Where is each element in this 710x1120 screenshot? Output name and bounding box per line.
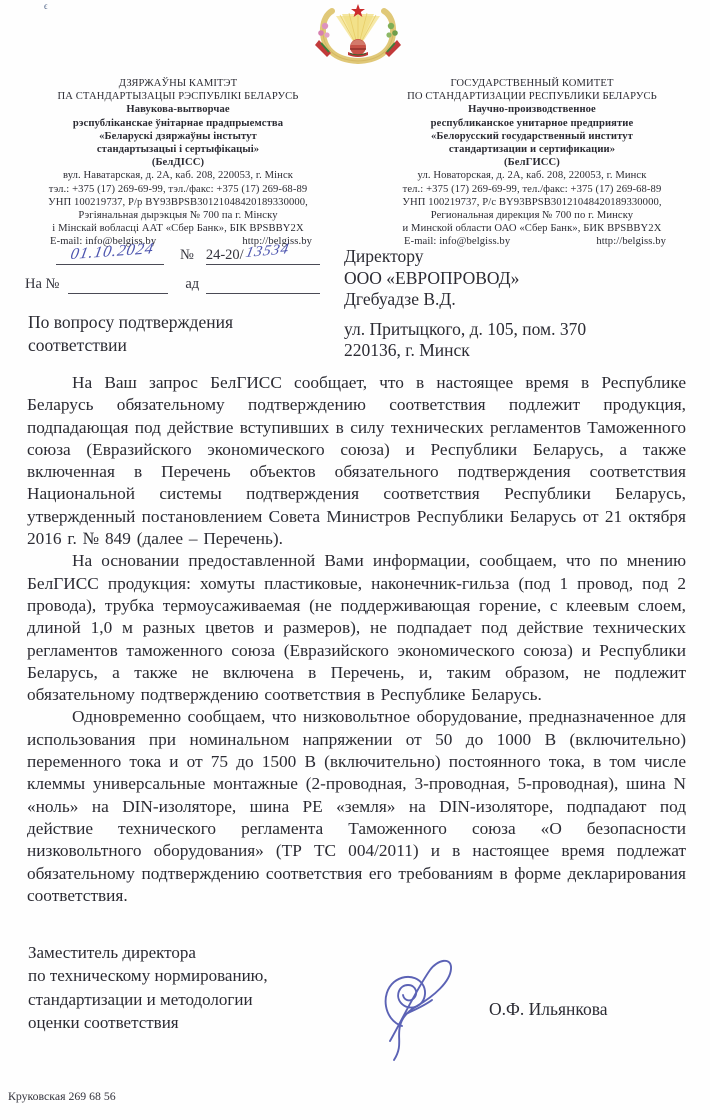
address-line: УНП 100219737, Р/р BY93BPSB3012104842018… [16,196,340,209]
address-line: Региональная дирекция № 700 по г. Минску [370,209,694,222]
handwritten-number: 13534 [244,241,291,262]
handwritten-date: 01.10.2024 [69,240,155,264]
incoming-reference-row: На № ад [20,273,334,294]
address-line: тэл.: +375 (17) 269-69-99, тэл./факс: +3… [16,183,340,196]
address-line: і Мінскай вобласці ААТ «Сбер Банк», БІК … [16,222,340,235]
signer-position-line: Заместитель директора [28,941,268,964]
outgoing-reference-row: 01.10.2024 № 24-20/ 13534 [20,244,334,265]
enterprise-name-line: Навукова-вытворчае [16,103,340,116]
committee-name-line: ПО СТАНДАРТИЗАЦИИ РЕСПУБЛИКИ БЕЛАРУСЬ [370,90,694,103]
enterprise-name-line: республиканское унитарное предприятие [370,117,694,130]
committee-name-line: ГОСУДАРСТВЕННЫЙ КОМИТЕТ [370,77,694,90]
date-field: 01.10.2024 [56,244,164,265]
recipient-address-street: ул. Притыцкого, д. 105, пом. 370 [344,319,586,341]
reference-block: 01.10.2024 № 24-20/ 13534 На № ад [20,244,334,294]
recipient-company: ООО «ЕВРОПРОВОД» [344,268,586,290]
signer-position-line: оценки соответствия [28,1011,268,1034]
enterprise-abbr: (БелДІСС) [16,156,340,169]
enterprise-name-line: рэспубліканскае ўнітарнае прадпрыемства [16,117,340,130]
committee-name-line: ПА СТАНДАРТЫЗАЦЫІ РЭСПУБЛІКІ БЕЛАРУСЬ [16,90,340,103]
scanned-letter-page: ϵ [0,0,710,1120]
body-paragraph: На Ваш запрос БелГИСС сообщает, что в на… [27,372,686,550]
handwritten-signature [372,948,477,1066]
number-label: № [180,247,194,264]
recipient-title: Директору [344,246,586,268]
address-line: тел.: +375 (17) 269-69-99, тел./факс: +3… [370,183,694,196]
letter-body: На Ваш запрос БелГИСС сообщает, что в на… [27,372,686,907]
committee-name-line: ДЗЯРЖАЎНЫ КАМІТЭТ [16,77,340,90]
signer-position-block: Заместитель директора по техническому но… [28,941,268,1035]
signer-name: О.Ф. Ильянкова [489,999,608,1020]
address-line: вул. Наватарская, д. 2А, каб. 208, 22005… [16,169,340,182]
sender-header-russian: ГОСУДАРСТВЕННЫЙ КОМИТЕТ ПО СТАНДАРТИЗАЦИ… [370,77,694,249]
reply-date-label: ад [185,276,199,293]
sender-header-belarusian: ДЗЯРЖАЎНЫ КАМІТЭТ ПА СТАНДАРТЫЗАЦЫІ РЭСП… [16,77,340,249]
executor-contact: Круковская 269 68 56 [8,1089,116,1104]
address-line: ул. Новаторская, д. 2А, каб. 208, 220053… [370,169,694,182]
enterprise-name-line: «Белорусский государственный институт [370,130,694,143]
recipient-address-city: 220136, г. Минск [344,340,586,362]
enterprise-abbr: (БелГИСС) [370,156,694,169]
signer-position-line: стандартизации и методологии [28,988,268,1011]
recipient-person: Дгебуадзе В.Д. [344,289,586,311]
website-text: http://belgiss.by [596,235,666,248]
reply-date-field [206,273,320,294]
scan-artifact: ϵ [44,1,48,11]
subject-line: По вопросу подтверждения соответствии [28,311,302,357]
address-line: Рэгіянальная дырэкцыя № 700 па г. Мінску [16,209,340,222]
enterprise-name-line: стандартизации и сертификации» [370,143,694,156]
address-line: УНП 100219737, Р/с BY93BPSB3012104842018… [370,196,694,209]
reply-number-field [68,273,168,294]
recipient-block: Директору ООО «ЕВРОПРОВОД» Дгебуадзе В.Д… [344,246,586,362]
number-prefix: 24-20/ [206,247,244,264]
reply-to-label: На № [25,276,59,293]
enterprise-name-line: «Беларускі дзяржаўны інстытут [16,130,340,143]
enterprise-name-line: Научно-производственное [370,103,694,116]
body-paragraph: Одновременно сообщаем, что низковольтное… [27,706,686,907]
body-paragraph: На основании предоставленной Вами информ… [27,550,686,706]
outgoing-number-field: 24-20/ 13534 [206,244,320,265]
belarus-coat-of-arms-icon [312,2,404,64]
enterprise-name-line: стандартызацыі і сертыфікацыі» [16,143,340,156]
signer-position-line: по техническому нормированию, [28,964,268,987]
address-line: и Минской области ОАО «Сбер Банк», БИК B… [370,222,694,235]
